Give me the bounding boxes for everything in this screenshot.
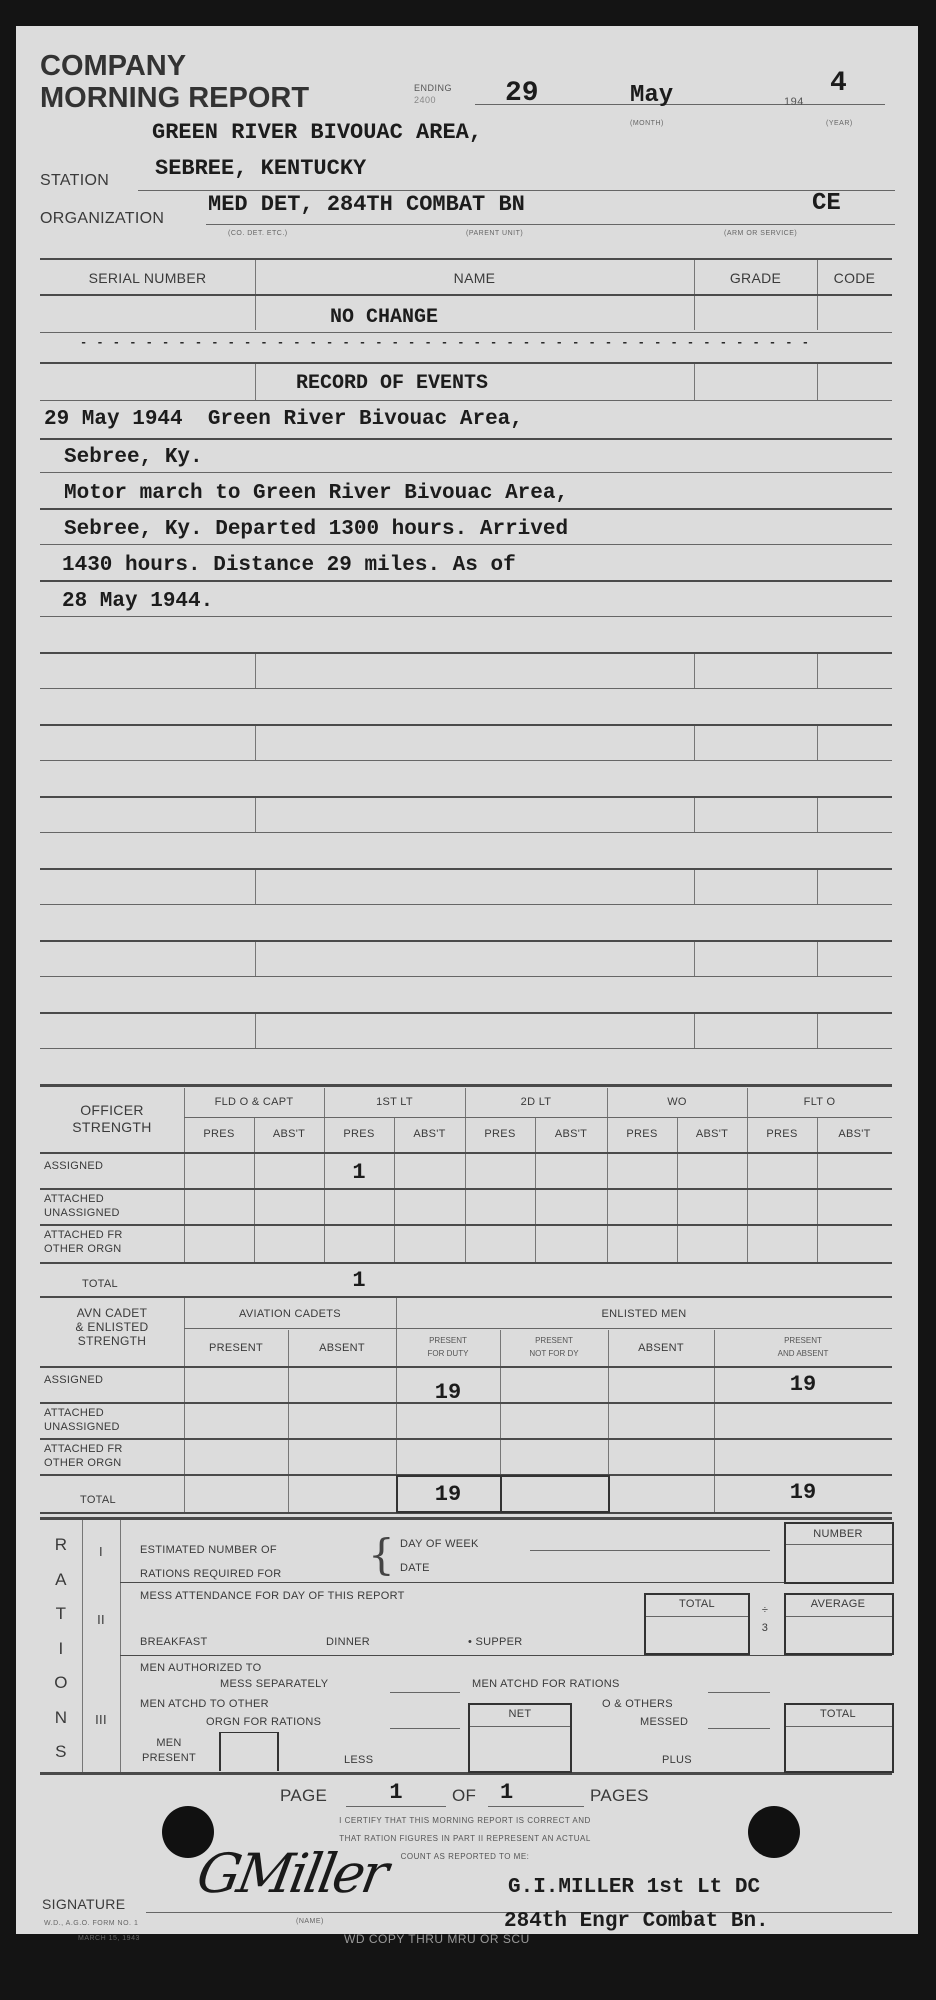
rule <box>184 1088 185 1264</box>
station-label: STATION <box>40 172 109 190</box>
enlisted-assigned-present-for-duty: 19 <box>396 1380 500 1405</box>
rule <box>255 726 256 760</box>
col-enlisted-absent: ABSENT <box>608 1342 714 1354</box>
rule <box>255 942 256 976</box>
col-header-grade: GRADE <box>694 270 817 286</box>
roster-dash-separator: - - - - - - - - - - - - - - - - - - - - … <box>80 336 892 350</box>
caption-arm-service: (ARM OR SERVICE) <box>724 230 797 237</box>
subcol-pres: PRES <box>324 1128 394 1140</box>
rule <box>465 1088 466 1264</box>
rule <box>694 726 695 760</box>
rule <box>40 724 892 726</box>
rule <box>40 1224 892 1226</box>
net-label: NET <box>468 1708 572 1720</box>
rule <box>40 1012 892 1014</box>
rule <box>817 1014 818 1048</box>
subcol-abst: ABS'T <box>254 1128 324 1140</box>
rule <box>40 1084 892 1087</box>
rule <box>184 1117 892 1118</box>
officer-group-1st-lt: 1ST LT <box>324 1096 465 1108</box>
group-enlisted-men: ENLISTED MEN <box>396 1308 892 1320</box>
col-cadets-absent: ABSENT <box>288 1342 396 1354</box>
plus-label: PLUS <box>662 1754 692 1766</box>
events-rule-1 <box>40 438 892 440</box>
enlisted-row-label-total: TOTAL <box>80 1494 116 1506</box>
roster-top-rule <box>40 258 892 260</box>
event-line: 29 May 1944 Green River Bivouac Area, <box>44 408 523 431</box>
copy-routing-note: WD COPY THRU MRU OR SCU <box>344 1932 530 1946</box>
officer-strength-title: OFFICER STRENGTH <box>40 1102 184 1136</box>
subcol-pres: PRES <box>607 1128 677 1140</box>
officer-row-label-assigned: ASSIGNED <box>44 1160 103 1172</box>
enlisted-strength-title: AVN CADET & ENLISTED STRENGTH <box>40 1306 184 1348</box>
rule <box>40 1772 892 1775</box>
enlisted-total-present-for-duty: 19 <box>396 1482 500 1507</box>
organization-value: MED DET, 284TH COMBAT BN <box>208 192 525 217</box>
event-line: Sebree, Ky. <box>64 446 203 469</box>
page-total: 1 <box>500 1780 513 1805</box>
men-atchd-other-label-2: ORGN FOR RATIONS <box>206 1716 321 1728</box>
subcol-pres: PRES <box>747 1128 817 1140</box>
signature-label: SIGNATURE <box>42 1896 125 1912</box>
enlisted-row-label-assigned: ASSIGNED <box>44 1374 103 1386</box>
rule <box>786 1544 892 1545</box>
rule <box>747 1088 748 1264</box>
events-top-rule <box>40 362 892 364</box>
rule <box>40 1296 892 1298</box>
rule <box>40 1262 892 1264</box>
organization-label: ORGANIZATION <box>40 210 164 228</box>
rule <box>184 1298 185 1512</box>
events-rule-3 <box>40 508 892 510</box>
rule <box>40 1188 892 1190</box>
rule <box>694 654 695 688</box>
name-caption: (NAME) <box>296 1918 324 1925</box>
supper-label: • SUPPER <box>468 1636 523 1648</box>
brace-icon: { <box>368 1530 395 1579</box>
officer-group-flt-o: FLT O <box>747 1096 892 1108</box>
rule <box>817 942 818 976</box>
rule <box>255 654 256 688</box>
rule <box>817 654 818 688</box>
arm-service-value: CE <box>812 190 841 217</box>
subcol-abst: ABS'T <box>394 1128 465 1140</box>
divisor-label: 3 <box>752 1622 778 1634</box>
rule <box>255 870 256 904</box>
rule <box>817 798 818 832</box>
enlisted-row-label-attached-fr-other: ATTACHED FR OTHER ORGN <box>44 1442 123 1470</box>
organization-underline <box>206 224 895 225</box>
men-atchd-for-rations-field[interactable] <box>708 1692 770 1693</box>
year-caption: (YEAR) <box>826 120 853 127</box>
orgn-for-rations-field[interactable] <box>390 1728 460 1729</box>
rule <box>646 1616 748 1617</box>
rule <box>40 652 892 654</box>
officer-row-label-attached-unassigned: ATTACHED UNASSIGNED <box>44 1192 120 1220</box>
rations-section-iii-numeral: III <box>82 1712 120 1727</box>
event-line: Motor march to Green River Bivouac Area, <box>64 482 568 505</box>
ending-label: ENDING 2400 <box>414 82 452 106</box>
enlisted-row-label-attached-unassigned: ATTACHED UNASSIGNED <box>44 1406 120 1434</box>
form-title-line1: COMPANY <box>40 50 309 82</box>
o-others-label-2: MESSED <box>640 1716 688 1728</box>
station-underline <box>138 190 895 191</box>
signer-name-grade: G.I.MILLER 1st Lt DC <box>508 1876 760 1899</box>
col-present-and-absent: PRESENT AND ABSENT <box>714 1334 892 1360</box>
rule <box>607 1088 608 1264</box>
day-of-week-label: DAY OF WEEK <box>400 1538 479 1550</box>
o-others-label-1: O & OTHERS <box>602 1698 673 1710</box>
rule <box>346 1806 446 1807</box>
day-of-week-field[interactable] <box>530 1550 770 1551</box>
rule <box>40 796 892 798</box>
col-header-name: NAME <box>255 270 694 286</box>
rule <box>40 1048 892 1049</box>
events-heading: RECORD OF EVENTS <box>296 372 488 395</box>
men-atchd-for-rations-label: MEN ATCHD FOR RATIONS <box>472 1678 620 1690</box>
month-caption: (MONTH) <box>630 120 664 127</box>
date-label: DATE <box>400 1562 430 1574</box>
subcol-pres: PRES <box>465 1128 535 1140</box>
rule <box>786 1616 892 1617</box>
rule <box>40 1517 892 1520</box>
officer-group-wo: WO <box>607 1096 747 1108</box>
men-present-box[interactable] <box>219 1732 279 1771</box>
rule <box>184 1328 892 1329</box>
events-rule-6 <box>40 616 892 617</box>
mess-attendance-heading: MESS ATTENDANCE FOR DAY OF THIS REPORT <box>140 1590 405 1602</box>
page-number: 1 <box>346 1780 446 1805</box>
rule <box>786 1726 892 1727</box>
rations-side-label: R A T I O N S <box>40 1528 82 1770</box>
subcol-pres: PRES <box>184 1128 254 1140</box>
divide-sign: ÷ <box>752 1604 778 1616</box>
rule <box>255 1014 256 1048</box>
roster-header-rule <box>40 294 892 296</box>
officer-row-label-total: TOTAL <box>82 1278 118 1290</box>
events-rule-2 <box>40 472 892 473</box>
events-rule-5 <box>40 580 892 582</box>
subcol-abst: ABS'T <box>535 1128 607 1140</box>
rule <box>40 868 892 870</box>
form-date: MARCH 15, 1943 <box>78 1935 140 1942</box>
average-label: AVERAGE <box>784 1598 892 1610</box>
rule <box>40 1438 892 1440</box>
men-authorized-label-2: MESS SEPARATELY <box>220 1678 328 1690</box>
report-year-digit: 4 <box>830 68 847 99</box>
caption-co-det: (CO. DET. ETC.) <box>228 230 288 237</box>
rule <box>120 1520 121 1772</box>
rule <box>40 688 892 689</box>
form-number: W.D., A.G.O. FORM NO. 1 <box>44 1920 138 1927</box>
officer-group-2d-lt: 2D LT <box>465 1096 607 1108</box>
rule <box>40 1152 892 1154</box>
rule <box>40 1366 892 1368</box>
col-cadets-present: PRESENT <box>184 1342 288 1354</box>
breakfast-label: BREAKFAST <box>140 1636 208 1648</box>
station-line2: SEBREE, KENTUCKY <box>155 156 366 181</box>
total-attendance-label: TOTAL <box>644 1598 750 1610</box>
event-line: 28 May 1944. <box>62 590 213 613</box>
others-messed-field[interactable] <box>708 1728 770 1729</box>
punch-hole-right <box>748 1806 800 1858</box>
total-rations-label: TOTAL <box>784 1708 892 1720</box>
caption-parent-unit: (PARENT UNIT) <box>466 230 523 237</box>
report-month: May <box>630 82 673 109</box>
form-title-line2: MORNING REPORT <box>40 82 309 114</box>
events-rule-4 <box>40 544 892 545</box>
rule <box>488 1806 584 1807</box>
officer-group-fld-o-capt: FLD O & CAPT <box>184 1096 324 1108</box>
rule <box>40 904 892 905</box>
report-day: 29 <box>505 78 539 109</box>
rule <box>255 798 256 832</box>
rule <box>470 1726 570 1727</box>
estimated-number-label: ESTIMATED NUMBER OF RATIONS REQUIRED FOR <box>140 1538 281 1586</box>
rule <box>817 870 818 904</box>
rule <box>694 870 695 904</box>
rule <box>694 942 695 976</box>
rule <box>694 1014 695 1048</box>
col-header-serial-number: SERIAL NUMBER <box>40 270 255 286</box>
page-label: PAGE <box>280 1786 327 1806</box>
group-aviation-cadets: AVIATION CADETS <box>184 1308 396 1320</box>
dinner-label: DINNER <box>326 1636 370 1648</box>
number-box-label: NUMBER <box>784 1528 892 1540</box>
roster-entry-no-change: NO CHANGE <box>330 306 438 329</box>
enlisted-assigned-present-and-absent: 19 <box>714 1372 892 1397</box>
station-line1: GREEN RIVER BIVOUAC AREA, <box>152 120 482 145</box>
year-prefix: 194 <box>784 96 804 108</box>
officer-row-label-attached-fr-other: ATTACHED FR OTHER ORGN <box>44 1228 123 1256</box>
events-rule-0 <box>40 400 892 401</box>
form-title: COMPANY MORNING REPORT <box>40 50 309 114</box>
rations-section-ii-numeral: II <box>82 1612 120 1627</box>
col-present-for-duty: PRESENT FOR DUTY <box>396 1334 500 1360</box>
handwritten-signature: GMiller <box>192 1842 390 1905</box>
rule <box>40 976 892 977</box>
less-label: LESS <box>344 1754 373 1766</box>
signer-unit: 284th Engr Combat Bn. <box>504 1910 769 1933</box>
officer-total-1st-lt-pres: 1 <box>324 1268 394 1293</box>
event-line: 1430 hours. Distance 29 miles. As of <box>62 554 516 577</box>
total-present-not-for-duty-box <box>500 1475 610 1513</box>
rule <box>694 798 695 832</box>
events-col-divider-3 <box>817 364 818 400</box>
enlisted-total-present-and-absent: 19 <box>714 1480 892 1505</box>
rule <box>40 760 892 761</box>
men-authorized-label-1: MEN AUTHORIZED TO <box>140 1662 261 1674</box>
events-col-divider-1 <box>255 364 256 400</box>
rule <box>288 1330 289 1512</box>
event-line: Sebree, Ky. Departed 1300 hours. Arrived <box>64 518 568 541</box>
officer-assigned-1st-lt-pres: 1 <box>324 1160 394 1185</box>
men-atchd-other-label-1: MEN ATCHD TO OTHER <box>140 1698 269 1710</box>
subcol-abst: ABS'T <box>817 1128 892 1140</box>
roster-entry-rule <box>40 332 892 333</box>
events-col-divider-2 <box>694 364 695 400</box>
rule <box>40 832 892 833</box>
men-present-label: MEN PRESENT <box>124 1736 214 1766</box>
pages-label: PAGES <box>590 1786 649 1806</box>
rule <box>817 726 818 760</box>
rule <box>120 1655 892 1656</box>
rule <box>40 940 892 942</box>
col-present-not-for-duty: PRESENT NOT FOR DY <box>500 1334 608 1360</box>
rations-section-i-numeral: I <box>82 1544 120 1559</box>
subcol-abst: ABS'T <box>677 1128 747 1140</box>
col-header-code: CODE <box>817 270 892 286</box>
of-label: OF <box>452 1786 476 1806</box>
mess-separately-field[interactable] <box>390 1692 460 1693</box>
